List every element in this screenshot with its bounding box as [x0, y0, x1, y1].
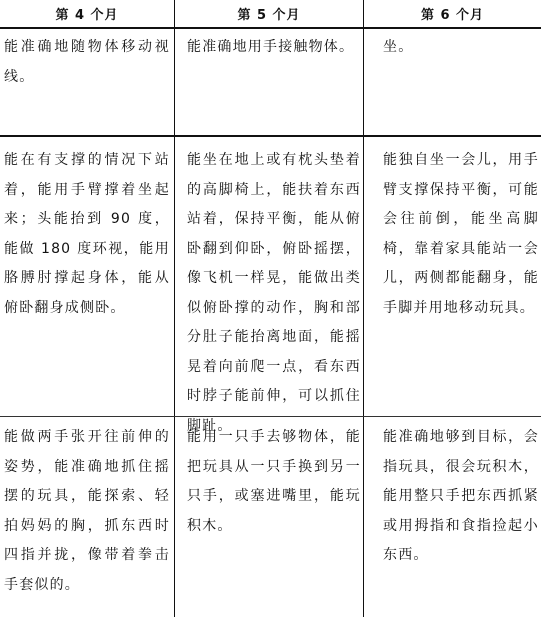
- cell-month-4-vision: 能准确地随物体移动视线。: [4, 33, 170, 92]
- cell-month-6-hand: 能准确地够到目标，会指玩具，很会玩积木，能用整只手把东西抓紧或用拇指和食指捡起小…: [383, 423, 539, 571]
- cell-month-6-vision: 坐。: [383, 33, 539, 63]
- row-divider: [0, 135, 541, 137]
- header-month-5: 第 5 个月: [175, 0, 363, 27]
- cell-month-5-hand: 能用一只手去够物体，能把玩具从一只手换到另一只手，或塞进嘴里，能玩积木。: [187, 423, 361, 541]
- header-divider: [0, 27, 541, 29]
- column-divider: [363, 0, 364, 617]
- header-month-4: 第 4 个月: [0, 0, 174, 27]
- cell-month-4-motor: 能在有支撑的情况下站着，能用手臂撑着坐起来；头能抬到 90 度，能做 180 度…: [4, 146, 170, 323]
- column-divider: [174, 0, 175, 617]
- development-milestones-table: 第 4 个月 第 5 个月 第 6 个月 能准确地随物体移动视线。 能准确地用手…: [0, 0, 541, 617]
- cell-month-6-motor: 能独自坐一会儿，用手臂支撑保持平衡，可能会往前倒，能坐高脚椅，靠着家具能站一会儿…: [383, 146, 539, 323]
- cell-month-5-vision: 能准确地用手接触物体。: [187, 33, 361, 63]
- header-month-6: 第 6 个月: [364, 0, 541, 27]
- cell-month-4-hand: 能做两手张开往前伸的姿势，能准确地抓住摇摆的玩具，能探索、轻拍妈妈的胸，抓东西时…: [4, 423, 170, 600]
- cell-month-5-motor: 能坐在地上或有枕头垫着的高脚椅上，能扶着东西站着，保持平衡，能从俯卧翻到仰卧，俯…: [187, 146, 361, 441]
